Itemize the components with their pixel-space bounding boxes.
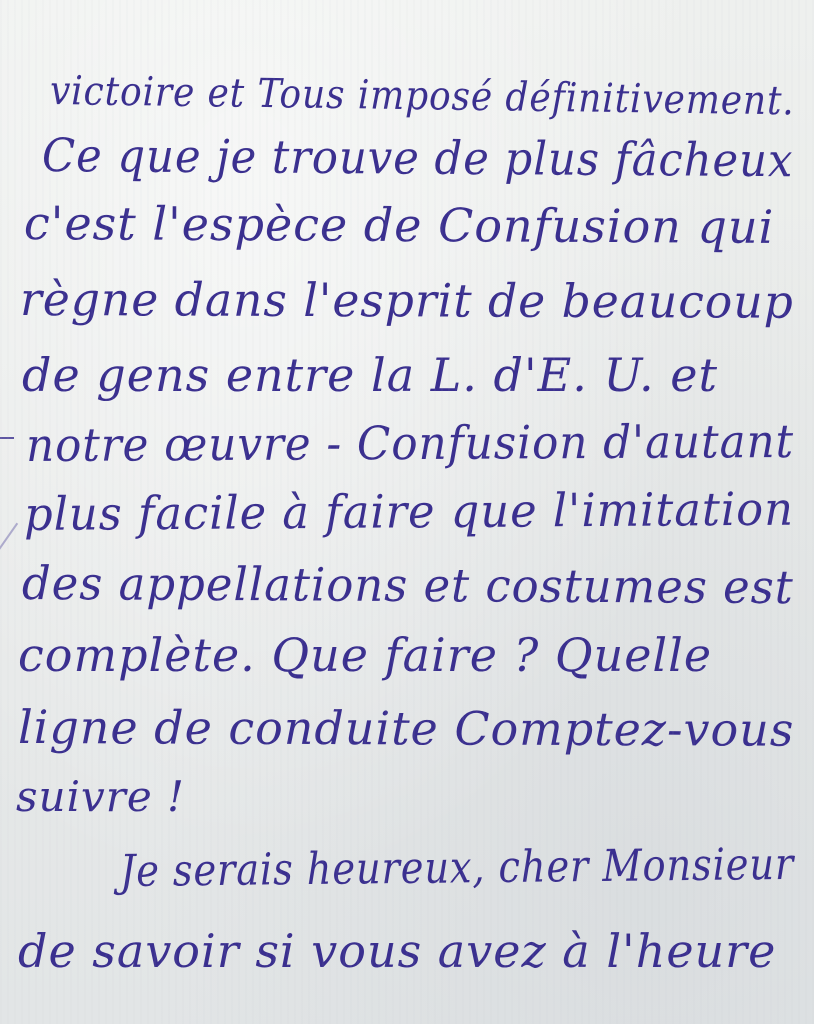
letter-line-5: de gens entre la L. d'E. U. et xyxy=(22,348,718,402)
letter-line-4: règne dans l'esprit de beaucoup xyxy=(20,272,794,329)
margin-dash-mark xyxy=(0,437,14,439)
margin-pen-stroke xyxy=(0,523,18,554)
letter-line-3: c'est l'espèce de Confusion qui xyxy=(24,196,775,254)
letter-line-13: de savoir si vous avez à l'heure xyxy=(18,924,776,978)
letter-line-8: des appellations et costumes est xyxy=(22,556,794,614)
letter-line-2: Ce que je trouve de plus fâcheux xyxy=(42,128,794,187)
letter-line-10: ligne de conduite Comptez-vous xyxy=(18,700,795,757)
letter-line-11: suivre ! xyxy=(16,772,185,821)
letter-line-6: notre œuvre - Confusion d'autant xyxy=(26,414,794,472)
letter-page: victoire et Tous imposé définitivement. … xyxy=(0,0,814,1024)
letter-line-1: victoire et Tous imposé définitivement. xyxy=(50,68,795,124)
letter-line-9: complète. Que faire ? Quelle xyxy=(18,628,712,682)
letter-line-7: plus facile à faire que l'imitation xyxy=(24,482,794,541)
letter-line-12: Je serais heureux, cher Monsieur xyxy=(120,839,795,897)
